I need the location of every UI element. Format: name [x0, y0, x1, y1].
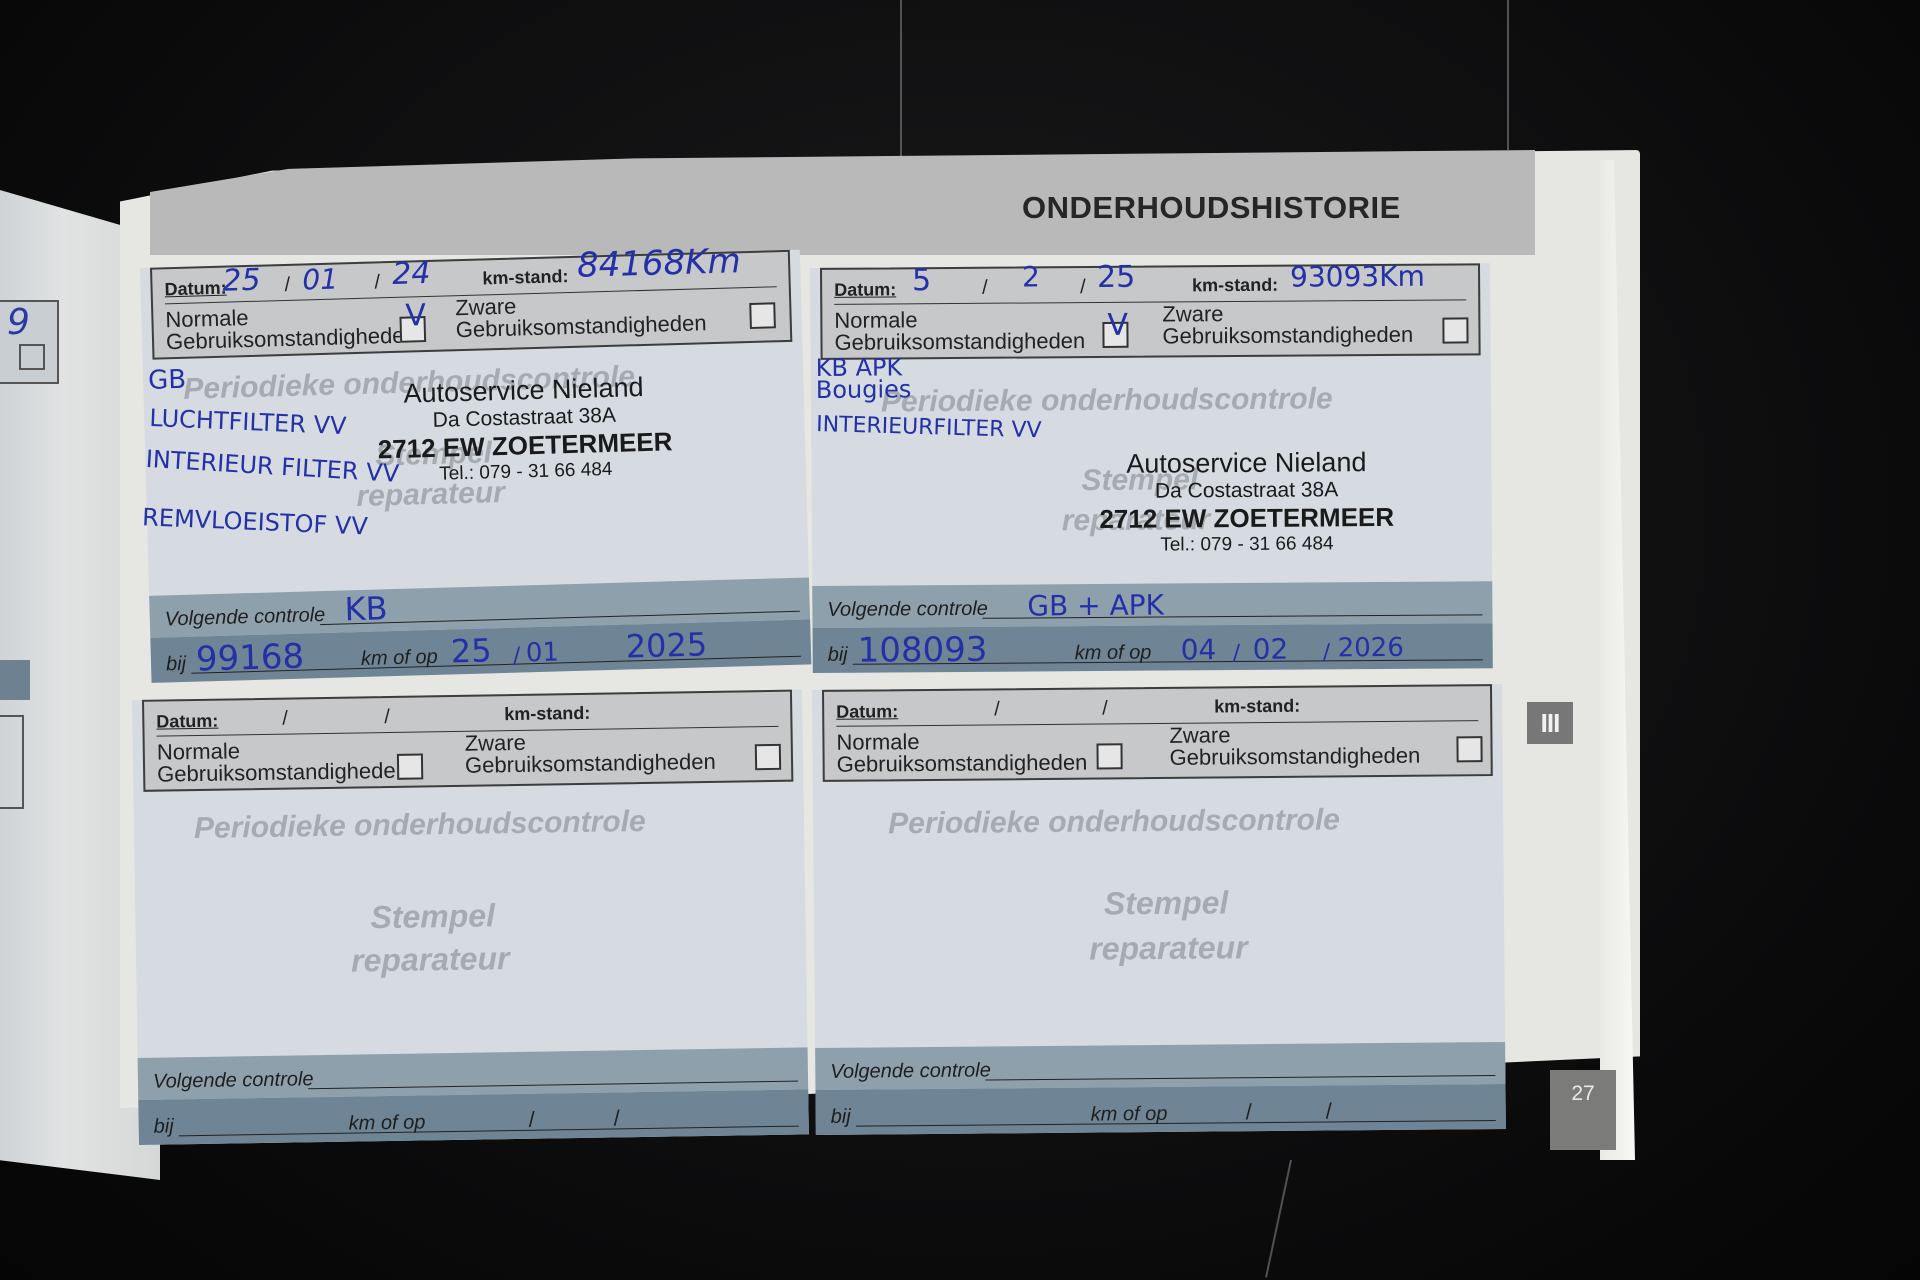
- normale-label-line2: Gebruiksomstandigheden: [157, 760, 408, 786]
- volgende-controle-label: Volgende controle: [827, 598, 988, 622]
- zware-label-line2: Gebruiksomstandigheden: [1162, 324, 1413, 348]
- next-service-due-row: bij km of op / /: [815, 1084, 1505, 1135]
- date-slash: /: [282, 708, 288, 731]
- km-of-op-label: km of op: [349, 1111, 426, 1135]
- bij-km-field[interactable]: [179, 1126, 799, 1137]
- date-slash: /: [1326, 1098, 1332, 1124]
- datum-label: Datum:: [156, 711, 218, 733]
- entry-header: Datum: / / km-stand: Normale Gebruiksoms…: [142, 690, 793, 792]
- normale-label: Normale Gebruiksomstandigheden: [165, 302, 417, 353]
- bij-label: bij: [828, 644, 848, 667]
- maintenance-entry-2: Datum: 5 / 2 / 25 km-stand: 93093Km Norm…: [810, 263, 1493, 673]
- normale-label-line2: Gebruiksomstandigheden: [837, 752, 1088, 776]
- entry-header: Datum: 5 / 2 / 25 km-stand: 93093Km Norm…: [820, 263, 1481, 360]
- page-number: 27: [1550, 1070, 1616, 1150]
- km-stand-label: km-stand:: [1214, 696, 1300, 718]
- normale-label: Normale Gebruiksomstandigheden: [836, 730, 1087, 776]
- handwritten-note: Bougies: [816, 375, 912, 404]
- zware-label: Zware Gebruiksomstandigheden: [465, 729, 716, 777]
- bij-km-field[interactable]: [856, 1120, 1496, 1127]
- km-of-op-label: km of op: [1091, 1103, 1168, 1127]
- date-slash: /: [982, 277, 988, 300]
- normale-label: Normale Gebruiksomstandigheden: [157, 738, 408, 786]
- date-slash: /: [513, 644, 521, 669]
- km-stand-label: km-stand:: [504, 703, 590, 725]
- watermark-stamp: reparateur: [351, 940, 510, 979]
- checkbox[interactable]: [19, 344, 45, 370]
- section-tab: III: [1527, 702, 1573, 744]
- normale-label: Normale Gebruiksomstandigheden: [834, 308, 1085, 354]
- bij-label: bij: [831, 1106, 851, 1129]
- watermark-title: Periodieke onderhoudscontrole: [881, 382, 1333, 419]
- check-mark: V: [1107, 308, 1128, 343]
- op-day[interactable]: 25: [450, 631, 492, 670]
- zware-checkbox[interactable]: [749, 302, 776, 329]
- entry-header: Datum: / / km-stand: Normale Gebruiksoms…: [822, 684, 1493, 782]
- volgende-controle-label: Volgende controle: [830, 1059, 991, 1083]
- zware-checkbox[interactable]: [755, 744, 781, 770]
- stamp-name: Autoservice Nieland: [1081, 447, 1411, 480]
- entry-body: Periodieke onderhoudscontrole Stempel re…: [811, 351, 1493, 583]
- op-month[interactable]: 02: [1253, 633, 1289, 666]
- datum-label: Datum:: [836, 701, 898, 723]
- seat-stitch: [1265, 1160, 1292, 1278]
- datum-month[interactable]: 01: [302, 262, 339, 296]
- date-slash: /: [1102, 697, 1108, 720]
- maintenance-entry-3: Datum: / / km-stand: Normale Gebruiksoms…: [132, 689, 809, 1144]
- watermark-stamp: reparateur: [1089, 929, 1248, 967]
- km-stand-label: km-stand:: [1192, 275, 1278, 297]
- zware-label-line2: Gebruiksomstandigheden: [456, 312, 707, 341]
- entry-body: Periodieke onderhoudscontrole Stempel re…: [133, 777, 807, 1054]
- datum-year[interactable]: 24: [392, 256, 431, 292]
- zware-checkbox[interactable]: [1442, 317, 1468, 343]
- datum-year[interactable]: 25: [1097, 260, 1135, 295]
- entry-body: Periodieke onderhoudscontrole Stempel re…: [813, 772, 1505, 1045]
- volgende-controle-label: Volgende controle: [153, 1068, 314, 1094]
- handwritten-note: GB: [148, 365, 187, 396]
- datum-label: Datum:: [834, 279, 896, 300]
- seat-stitch: [1507, 0, 1509, 150]
- normale-label-line2: Gebruiksomstandigheden: [834, 330, 1085, 354]
- check-mark: V: [405, 298, 427, 334]
- previous-entry-header: [0, 715, 24, 809]
- dealer-stamp: Autoservice Nieland Da Costastraat 38A 2…: [358, 371, 691, 488]
- date-slash: /: [528, 1107, 535, 1133]
- watermark-title: Periodieke onderhoudscontrole: [194, 805, 646, 846]
- normale-checkbox[interactable]: [1096, 743, 1122, 769]
- bij-km-value[interactable]: 108093: [858, 630, 988, 671]
- datum-day[interactable]: 25: [222, 263, 261, 299]
- handwriting-fragment: 9: [7, 302, 30, 343]
- km-stand-value[interactable]: 93093Km: [1290, 260, 1425, 294]
- volgende-controle-label: Volgende controle: [165, 604, 326, 631]
- stamp-tel: Tel.: 079 - 31 66 484: [1082, 533, 1412, 557]
- zware-checkbox[interactable]: [1456, 736, 1482, 762]
- volgende-controle-value[interactable]: KB: [344, 589, 388, 628]
- date-slash: /: [1233, 641, 1241, 666]
- maintenance-entry-1: Datum: 25 / 01 / 24 km-stand: 84168Km No…: [140, 250, 811, 683]
- handwritten-note: INTERIEURFILTER VV: [816, 412, 1042, 443]
- zware-label-line2: Gebruiksomstandigheden: [1170, 745, 1421, 769]
- volgende-controle-value[interactable]: GB + APK: [1027, 589, 1164, 623]
- datum-day[interactable]: 5: [912, 263, 931, 298]
- km-of-op-label: km of op: [361, 646, 438, 671]
- watermark-stamp: Stempel: [1104, 884, 1229, 922]
- bij-km-value[interactable]: 99168: [195, 637, 304, 680]
- op-month[interactable]: 01: [525, 637, 559, 668]
- maintenance-entry-4: Datum: / / km-stand: Normale Gebruiksoms…: [812, 684, 1506, 1135]
- km-stand-label: km-stand:: [482, 266, 569, 289]
- op-year[interactable]: 2025: [625, 625, 707, 665]
- previous-entry-header: 9: [0, 300, 59, 384]
- km-stand-value[interactable]: 84168Km: [577, 241, 742, 286]
- watermark-stamp: Stempel: [370, 897, 495, 936]
- date-slash: /: [613, 1105, 620, 1131]
- km-of-op-label: km of op: [1075, 642, 1152, 666]
- next-service-row: Volgende controle: [815, 1042, 1505, 1090]
- seat-stitch: [900, 0, 902, 165]
- date-slash: /: [1246, 1099, 1252, 1125]
- date-slash: /: [1080, 276, 1086, 299]
- date-slash: /: [1323, 640, 1331, 665]
- op-year[interactable]: 2026: [1338, 633, 1404, 663]
- dealer-stamp: Autoservice Nieland Da Costastraat 38A 2…: [1081, 447, 1412, 557]
- bij-label: bij: [166, 653, 187, 677]
- volgende-controle-field[interactable]: [985, 1075, 1495, 1080]
- next-service-row: Volgende controle GB + APK: [812, 581, 1492, 628]
- bij-label: bij: [154, 1115, 174, 1138]
- zware-label: Zware Gebruiksomstandigheden: [1162, 302, 1413, 348]
- datum-month[interactable]: 2: [1022, 260, 1040, 293]
- date-slash: /: [994, 698, 1000, 721]
- stamp-street: Da Costastraat 38A: [1081, 478, 1411, 504]
- stamp-city: 2712 EW ZOETERMEER: [1082, 502, 1412, 535]
- zware-label: Zware Gebruiksomstandigheden: [455, 290, 707, 341]
- next-service-due-row: bij km of op / /: [138, 1089, 809, 1145]
- previous-next-band: [0, 660, 30, 700]
- handwritten-note: REMVLOEISTOF VV: [142, 503, 369, 540]
- next-service-due-row: bij 108093 km of op 04 / 02 / 2026: [813, 623, 1493, 673]
- date-slash: /: [284, 274, 290, 297]
- zware-label: Zware Gebruiksomstandigheden: [1169, 723, 1420, 769]
- watermark-title: Periodieke onderhoudscontrole: [888, 803, 1340, 841]
- zware-label-line2: Gebruiksomstandigheden: [465, 751, 716, 777]
- date-slash: /: [384, 706, 390, 729]
- normale-checkbox[interactable]: [397, 753, 423, 779]
- date-slash: /: [374, 271, 380, 294]
- op-day[interactable]: 04: [1181, 633, 1217, 666]
- handwritten-note: LUCHTFILTER VV: [149, 404, 347, 440]
- volgende-controle-field[interactable]: [308, 1081, 798, 1090]
- page-title: ONDERHOUDSHISTORIE: [1022, 190, 1401, 226]
- entry-body: Periodieke onderhoudscontrole Stempel re…: [142, 338, 808, 593]
- datum-label: Datum:: [164, 278, 227, 301]
